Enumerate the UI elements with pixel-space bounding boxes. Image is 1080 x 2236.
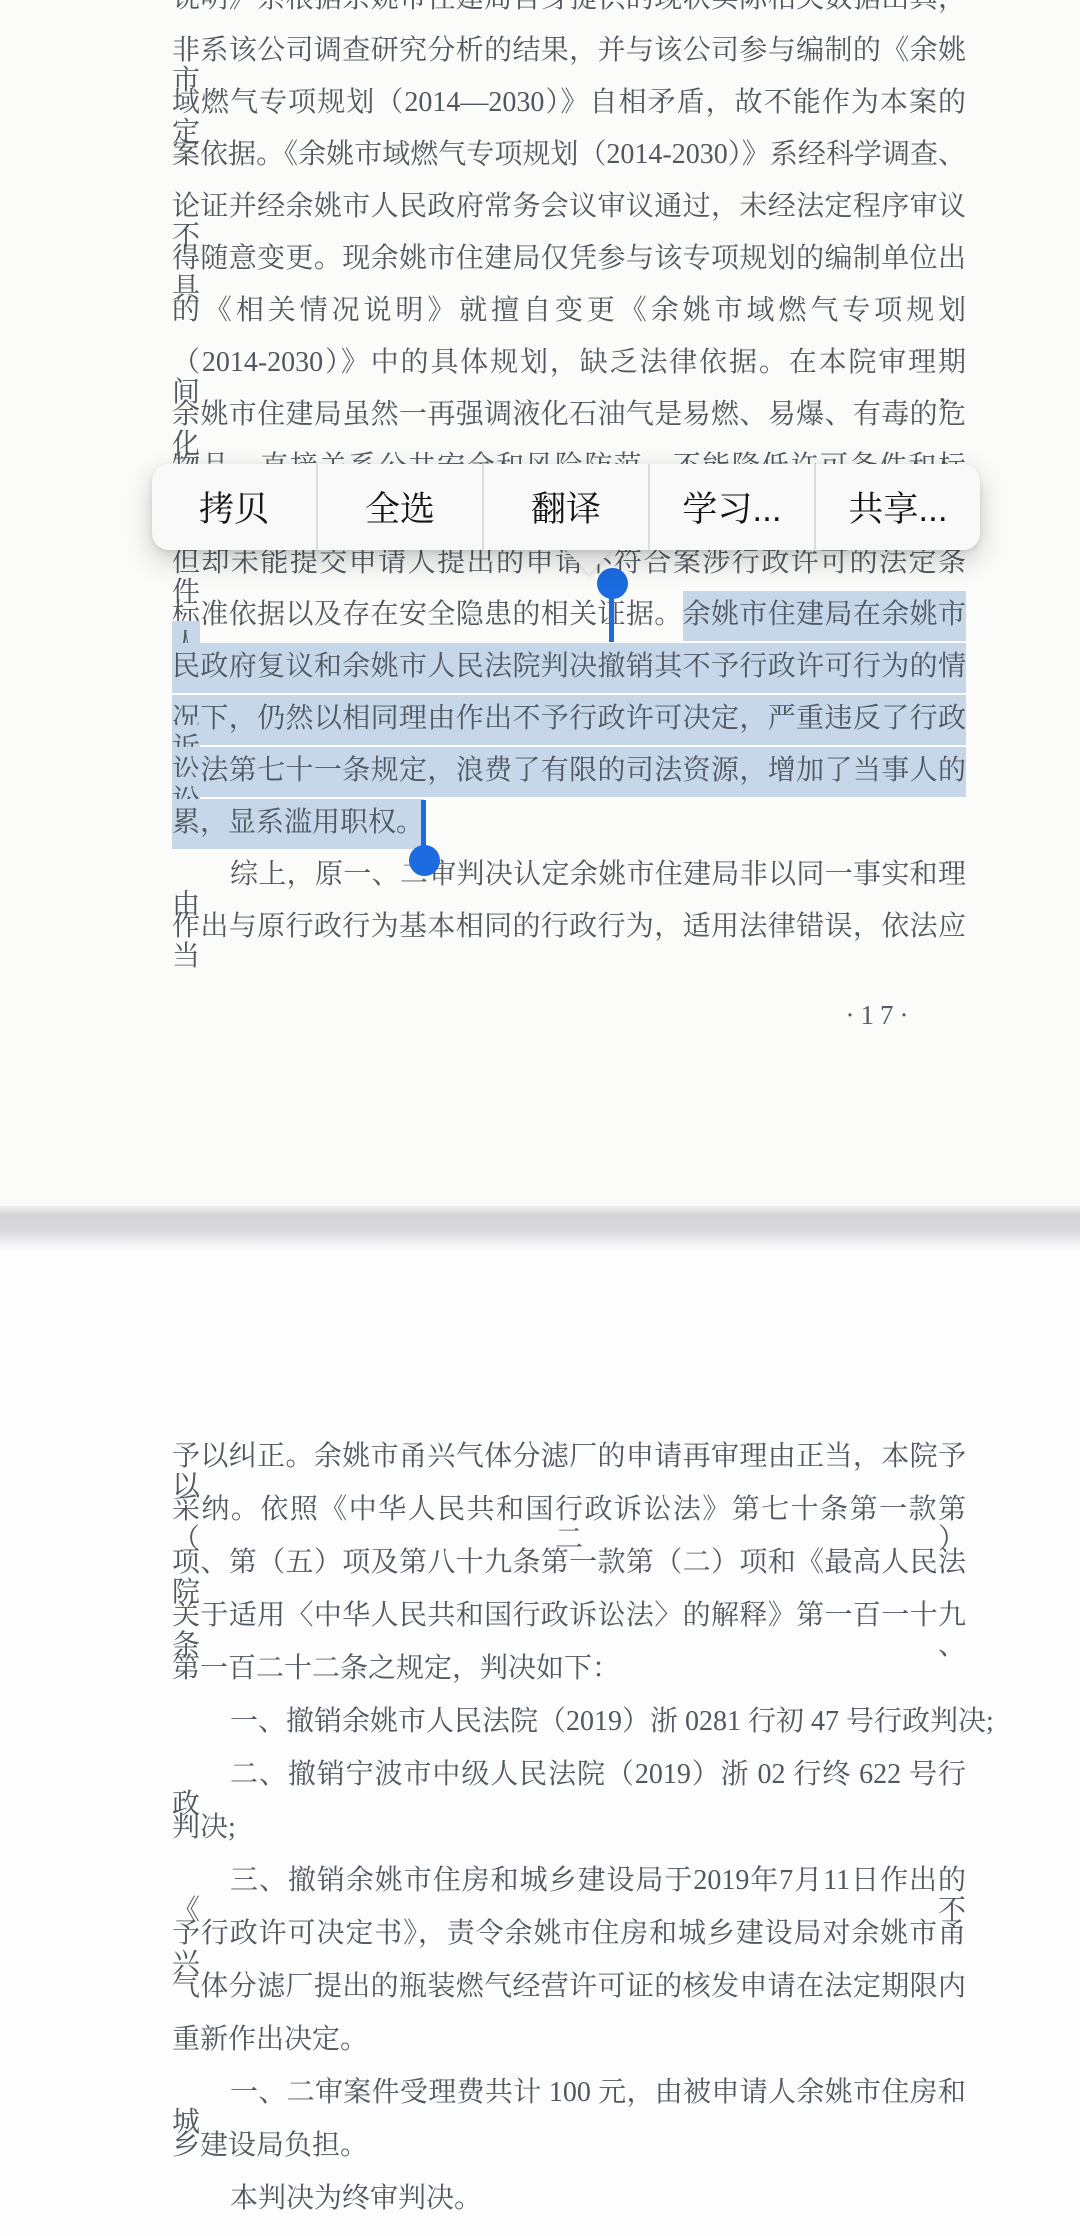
selection-end-handle[interactable] (421, 800, 426, 850)
text-line: 二、撤销宁波市中级人民法院（2019）浙 02 行终 622 号行政 (172, 1760, 966, 1820)
text-line: 的《相关情况说明》就擅自变更《余姚市域燃气专项规划 (172, 296, 966, 326)
page-number: ·17· (790, 1000, 970, 1031)
text-line: 案依据。《余姚市域燃气专项规划（2014-2030）》系经科学调查、 (172, 140, 966, 170)
selected-text[interactable]: 累，显系滥用职权。 (172, 799, 424, 849)
text-line: 第一百二十二条之规定，判决如下： (172, 1654, 966, 1684)
menu-item-copy[interactable]: 拷贝 (152, 464, 316, 550)
menu-item-translate[interactable]: 翻译 (482, 464, 648, 550)
text-line: 乡建设局负担。 (172, 2131, 966, 2161)
text-line: 一、二审案件受理费共计 100 元，由被申请人余姚市住房和城 (172, 2078, 966, 2138)
text-line: 予以纠正。余姚市甬兴气体分滤厂的申请再审理由正当，本院予以 (172, 1442, 966, 1502)
text-line: 重新作出决定。 (172, 2025, 966, 2055)
text-line: 判决; (172, 1813, 966, 1843)
text-line: 民政府复议和余姚市人民法院判决撤销其不予行政许可行为的情 (172, 652, 966, 682)
selection-end-handle-dot[interactable] (409, 845, 440, 876)
text-line: 关于适用〈中华人民共和国行政诉讼法〉的解释》第一百一十九条、 (172, 1601, 966, 1661)
menu-item-share[interactable]: 共享... (814, 464, 980, 550)
text-line: 气体分滤厂提出的瓶装燃气经营许可证的核发申请在法定期限内 (172, 1972, 966, 2002)
text-selection-menu: 拷贝 全选 翻译 学习... 共享... (152, 464, 980, 550)
menu-item-select-all[interactable]: 全选 (316, 464, 482, 550)
text-line: 采纳。依照《中华人民共和国行政诉讼法》第七十条第一款第（二） (172, 1495, 966, 1555)
selected-text[interactable]: 民政府复议和余姚市人民法院判决撤销其不予行政许可行为的情 (172, 643, 966, 693)
menu-item-learn[interactable]: 学习... (648, 464, 814, 550)
text-line: 说明》系根据余姚市住建局自身提供的现状实际相关数据出具， (172, 0, 966, 14)
menu-callout-arrow (564, 548, 614, 574)
text-line: 累，显系滥用职权。 (172, 808, 966, 838)
text-line: 本判决为终审判决。 (172, 2184, 966, 2214)
text-line: 予行政许可决定书》，责令余姚市住房和城乡建设局对余姚市甬兴 (172, 1919, 966, 1979)
selection-start-handle[interactable] (609, 592, 614, 642)
text-segment: 标准依据以及存在安全隐患的相关证据。 (172, 599, 683, 630)
text-line: 三、撤销余姚市住房和城乡建设局于2019年7月11日作出的《不 (172, 1866, 966, 1926)
text-line: 项、第（五）项及第八十九条第一款第（二）项和《最高人民法院 (172, 1548, 966, 1608)
page-break-divider (0, 1206, 1080, 1250)
text-line: 作出与原行政行为基本相同的行政行为，适用法律错误，依法应当 (172, 912, 966, 972)
text-line: 一、撤销余姚市人民法院（2019）浙 0281 行初 47 号行政判决; (172, 1707, 966, 1737)
